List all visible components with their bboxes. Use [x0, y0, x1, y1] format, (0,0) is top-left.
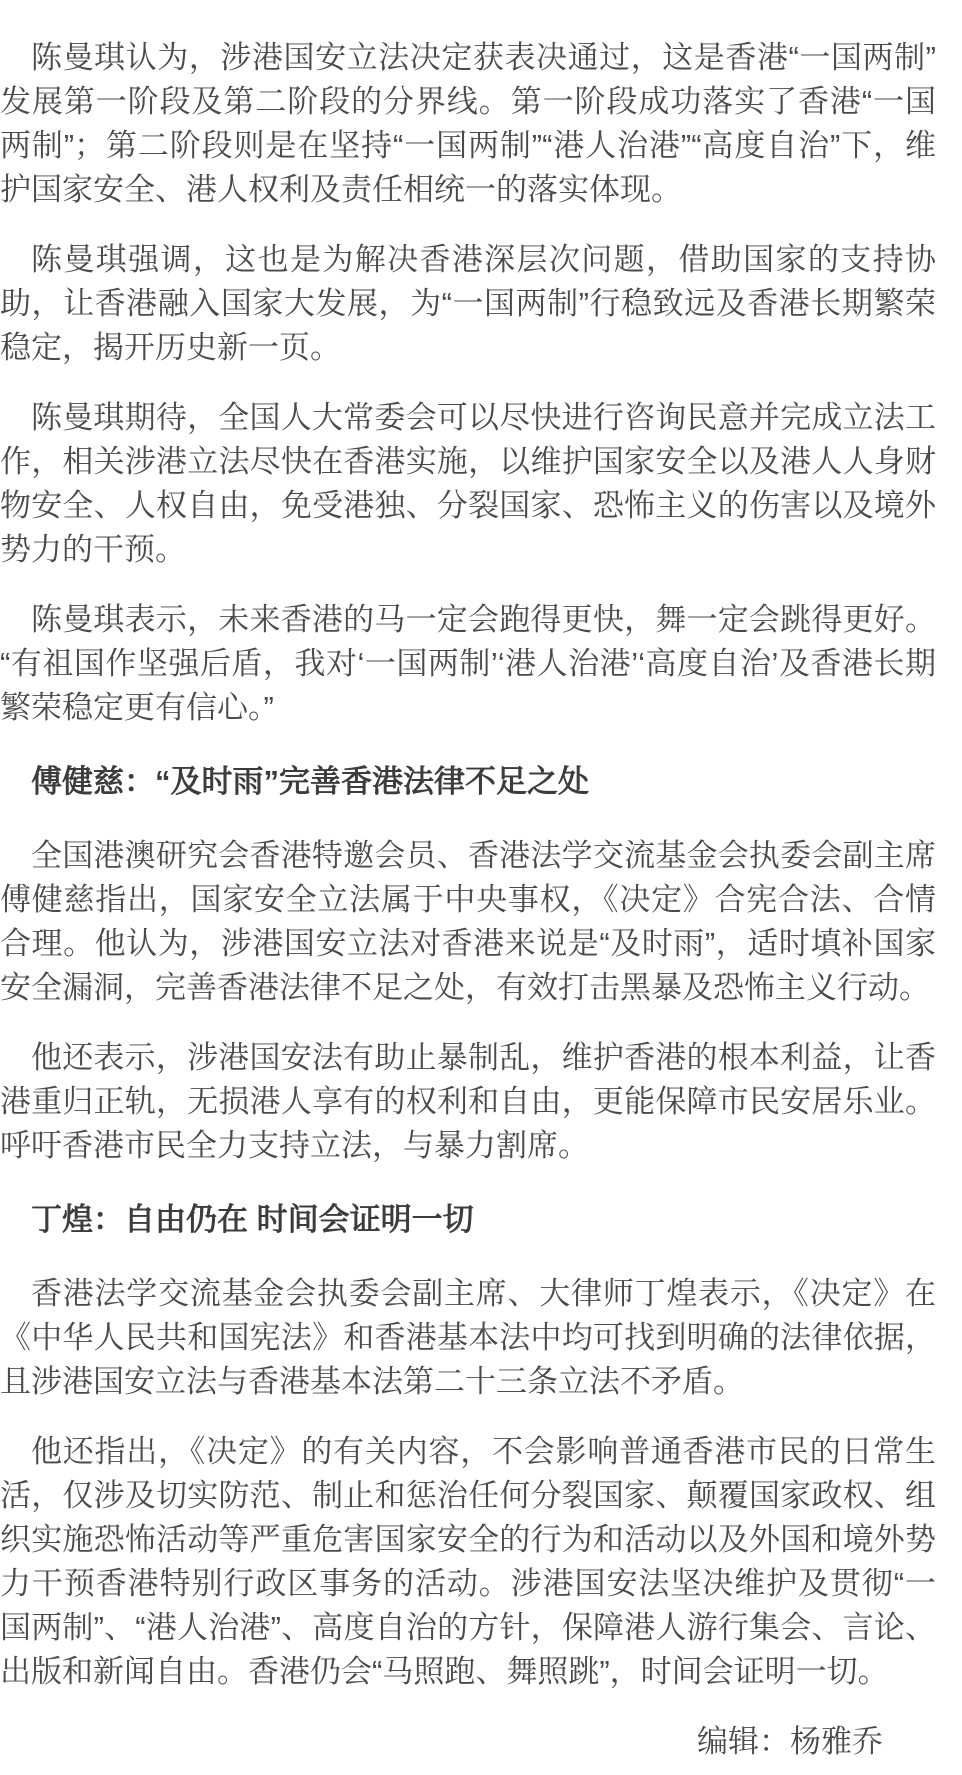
article-paragraph-8: 他还指出，《决定》的有关内容，不会影响普通香港市民的日常生活，仅涉及切实防范、制…: [0, 1430, 936, 1694]
article-paragraph-5: 全国港澳研究会香港特邀会员、香港法学交流基金会执委会副主席傅健慈指出，国家安全立…: [0, 834, 936, 1010]
article-paragraph-7: 香港法学交流基金会执委会副主席、大律师丁煌表示，《决定》在《中华人民共和国宪法》…: [0, 1272, 936, 1404]
section-heading-fu-jianci: 傅健慈：“及时雨”完善香港法律不足之处: [0, 760, 936, 804]
article-body: 陈曼琪认为，涉港国安立法决定获表决通过，这是香港“一国两制”发展第一阶段及第二阶…: [0, 0, 962, 1764]
section-heading-ding-huang: 丁煌：自由仍在 时间会证明一切: [0, 1198, 936, 1242]
article-paragraph-4: 陈曼琪表示，未来香港的马一定会跑得更快，舞一定会跳得更好。“有祖国作坚强后盾，我…: [0, 598, 936, 730]
article-paragraph-6: 他还表示，涉港国安法有助止暴制乱，维护香港的根本利益，让香港重归正轨，无损港人享…: [0, 1036, 936, 1168]
article-paragraph-2: 陈曼琪强调，这也是为解决香港深层次问题，借助国家的支持协助，让香港融入国家大发展…: [0, 238, 936, 370]
article-paragraph-3: 陈曼琪期待，全国人大常委会可以尽快进行咨询民意并完成立法工作，相关涉港立法尽快在…: [0, 396, 936, 572]
article-paragraph-1: 陈曼琪认为，涉港国安立法决定获表决通过，这是香港“一国两制”发展第一阶段及第二阶…: [0, 36, 936, 212]
editor-credit: 编辑：杨雅乔: [0, 1720, 936, 1764]
